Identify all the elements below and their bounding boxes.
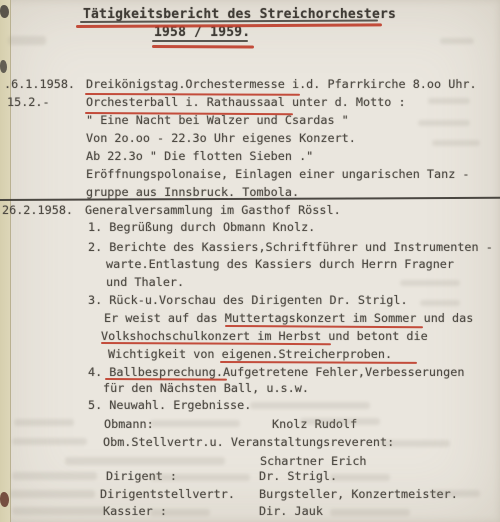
- list-item: 2. Berichte des Kassiers,Schriftführer u…: [88, 241, 493, 254]
- role-value: Dir. Jauk: [259, 505, 323, 518]
- bleedthrough-smudge: [14, 419, 74, 426]
- ink-blot: [0, 5, 9, 18]
- red-underline: [101, 342, 331, 346]
- bleedthrough-smudge: [300, 418, 380, 425]
- bleedthrough-smudge: [150, 420, 240, 427]
- bleedthrough-smudge: [428, 98, 470, 104]
- list-item: 4. Ballbesprechung.Aufgetretene Fehler,V…: [88, 366, 464, 379]
- bleedthrough-smudge: [65, 457, 225, 465]
- date: .6.1.1958.: [4, 78, 75, 91]
- document-line: Generalversammlung im Gasthof Rössl.: [85, 204, 341, 217]
- red-underline: [76, 23, 382, 27]
- date: 26.2.1958.: [2, 204, 73, 217]
- bleedthrough-smudge: [12, 438, 87, 445]
- document-line: Wichtigkeit von eigenen.Streicherproben.: [108, 348, 392, 361]
- bleedthrough-smudge: [150, 509, 210, 516]
- bleedthrough-smudge: [430, 490, 480, 497]
- document-line: Dreikönigstag.Orchestermesse i.d. Pfarrk…: [86, 78, 477, 91]
- document-line: " Eine Nacht bei Walzer und Csardas ": [86, 114, 349, 127]
- red-underline: [220, 361, 417, 364]
- role-value: Dr. Strigl.: [259, 470, 337, 483]
- black-underline: [80, 19, 378, 23]
- list-item: 1. Begrüßung durch Obmann Knolz.: [88, 221, 315, 234]
- document-line: Er weist auf das Muttertagskonzert im So…: [104, 312, 473, 325]
- bleedthrough-smudge: [330, 474, 390, 481]
- document-line: und Thaler.: [106, 276, 184, 289]
- bleedthrough-smudge: [400, 280, 460, 286]
- bleedthrough-smudge: [150, 474, 250, 481]
- bleedthrough-smudge: [420, 300, 460, 306]
- bleedthrough-smudge: [8, 36, 46, 45]
- document-line: für den Nächsten Ball, u.s.w.: [103, 382, 309, 395]
- list-item: 5. Neuwahl. Ergebnisse.: [88, 399, 251, 412]
- bleedthrough-smudge: [432, 140, 480, 146]
- bleedthrough-smudge: [380, 440, 450, 447]
- red-underline: [225, 325, 423, 329]
- document-line: warte.Entlastung des Kassiers durch Herr…: [106, 258, 454, 271]
- role-value: Burgsteller, Konzertmeister.: [259, 488, 458, 501]
- section-divider: [0, 197, 500, 201]
- title-year: 1958 / 1959.: [154, 26, 250, 40]
- list-item: 3. Rück-u.Vorschau des Dirigenten Dr. St…: [88, 294, 408, 307]
- red-underline: [152, 45, 254, 48]
- role-label: Dirigentstellvertr.: [100, 488, 235, 501]
- bleedthrough-smudge: [12, 472, 97, 480]
- bleedthrough-smudge: [12, 507, 107, 515]
- bleedthrough-smudge: [10, 490, 95, 498]
- bleedthrough-smudge: [418, 120, 470, 126]
- document-line: Ab 22.3o " Die flotten Sieben .": [86, 150, 313, 163]
- ink-blot: [0, 492, 9, 507]
- ink-blot: [0, 60, 7, 73]
- bleedthrough-smudge: [250, 402, 370, 409]
- date: 15.2.-: [7, 96, 50, 109]
- document-line: Von 2o.oo - 22.3o Uhr eigenes Konzert.: [86, 132, 356, 145]
- role-value: Schartner Erich: [260, 455, 367, 468]
- scan-page: Tätigkeitsbericht des Streichorchesters …: [0, 0, 500, 522]
- role-label: Obmann:: [104, 418, 154, 431]
- document-line: Eröffnungspolonaise, Einlagen einer unga…: [86, 168, 470, 181]
- role-label: Obm.Stellvertr.u. Veranstaltungsreverent…: [103, 436, 394, 449]
- document-line: Volkshochschulkonzert im Herbst und beto…: [101, 330, 428, 343]
- document-line: Orchesterball i. Rathaussaal unter d. Mo…: [86, 96, 406, 109]
- bleedthrough-smudge: [440, 38, 474, 44]
- bleedthrough-smudge: [330, 509, 410, 516]
- black-underline: [152, 40, 248, 42]
